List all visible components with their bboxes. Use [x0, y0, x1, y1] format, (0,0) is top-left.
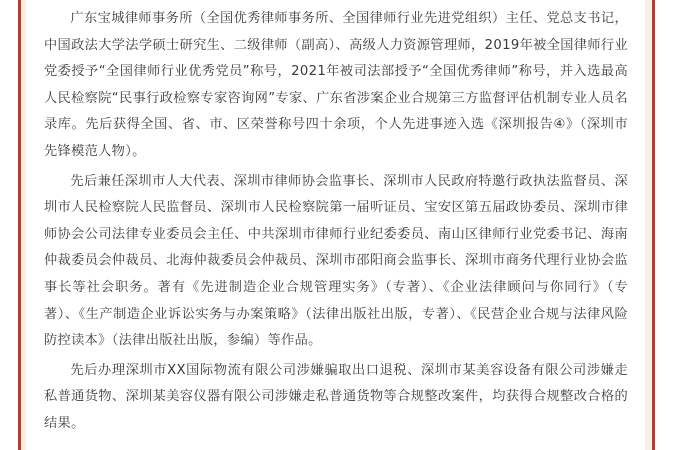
- right-border-red: [652, 0, 655, 450]
- right-border-cream: [645, 0, 652, 450]
- paragraph-positions: 先后兼任深圳市人大代表、深圳市律师协会监事长、深圳市人民政府特邀行政执法监督员、…: [44, 169, 628, 355]
- left-border-cream: [21, 0, 26, 450]
- paragraph-cases: 先后办理深圳市XX国际物流有限公司涉嫌骗取出口退税、深圳市某美容设备有限公司涉嫌…: [44, 358, 628, 438]
- article-body: 广东宝城律师事务所（全国优秀律师事务所、全国律师行业先进党组织）主任、党总支书记…: [44, 0, 628, 441]
- paragraph-bio: 广东宝城律师事务所（全国优秀律师事务所、全国律师行业先进党组织）主任、党总支书记…: [44, 6, 628, 166]
